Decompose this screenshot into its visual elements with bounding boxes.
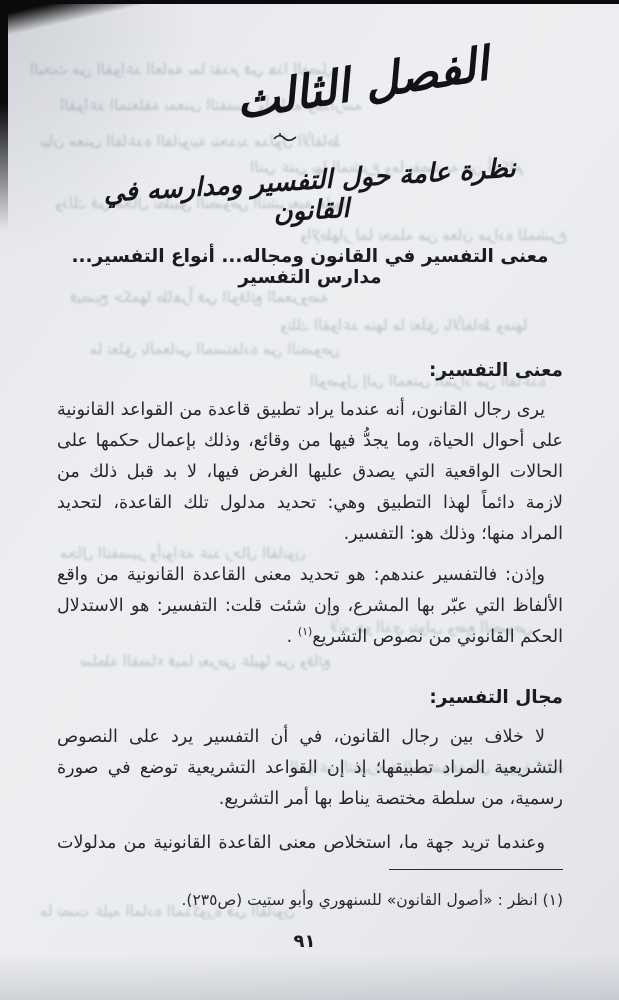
- paragraph: لا خلاف بين رجال القانون، في أن التفسير …: [57, 722, 563, 815]
- title-flourish-icon: [272, 131, 298, 143]
- book-page: البحث من القواعد العامة بما تقدم في هذا …: [0, 0, 619, 1000]
- section-heading-meaning-of-tafsir: معنى التفسير:: [57, 360, 563, 381]
- bleed-through-line: سلطة القضاء فيما يعرض عليها من وقائع: [80, 652, 331, 670]
- bleed-through-line: والإظهار لما تحمله من معان مرادة للمشرع: [300, 226, 567, 244]
- body-text: .: [287, 627, 293, 647]
- chapter-title: الفصل الثالث: [219, 34, 504, 131]
- paragraph: يرى رجال القانون، أنه عندما يراد تطبيق ق…: [57, 395, 563, 550]
- main-heading: معنى التفسير في القانون ومجاله... أنواع …: [40, 246, 580, 288]
- body-line: الحكم القانوني من نصوص التشريع(١) .: [57, 622, 563, 653]
- body-line: وإذن: فالتفسير عندهم: هو تحديد معنى القا…: [57, 560, 563, 591]
- page-number: ٩١: [0, 931, 609, 952]
- body-line: الألفاظ التي عبّر بها المشرع، وإن شئت قل…: [57, 591, 563, 622]
- body-line: على أحوال الحياة، وما يجدُّ فيها من وقائ…: [57, 426, 563, 457]
- paragraph: وعندما تريد جهة ما، استخلاص معنى القاعدة…: [57, 828, 563, 859]
- body-line: لازمة دائماً لهذا التطبيق وهي: تحديد مدل…: [57, 488, 563, 519]
- body-line: يرى رجال القانون، أنه عندما يراد تطبيق ق…: [57, 395, 563, 426]
- body-text: الحكم القانوني من نصوص التشريع: [312, 627, 563, 647]
- body-line: الحالات الواقعية التي يصدق عليها الغرض ف…: [57, 457, 563, 488]
- bleed-through-line: وتلك القواعد منها ما تعلق بالألفاظ ومنها: [280, 316, 527, 334]
- footnote: (١) انظر : «أصول القانون» للسنهوري وأبو …: [133, 887, 563, 913]
- body-line: التشريعية المراد تطبيقها؛ إذ إن القواعد …: [57, 753, 563, 784]
- footnote-divider: [389, 869, 563, 870]
- paragraph: وإذن: فالتفسير عندهم: هو تحديد معنى القا…: [57, 560, 563, 653]
- bleed-through-line: ما تعلق بالمعاني المستفادة من النصوص: [90, 340, 339, 358]
- body-line: المراد منها؛ وذلك هو: التفسير.: [57, 519, 563, 550]
- page-bottom-shadow: [0, 954, 619, 1000]
- body-line: رسمية، من سلطة مختصة يناط بها أمر التشري…: [57, 784, 563, 815]
- photo-edge-corner: [0, 0, 150, 34]
- body-line: وعندما تريد جهة ما، استخلاص معنى القاعدة…: [57, 828, 563, 859]
- photo-edge-left: [0, 0, 8, 230]
- bleed-through-line: فيصبح حكمها ظاهراً في الوقائع المعروضة: [70, 288, 328, 306]
- footnote-marker: (١): [298, 625, 313, 638]
- body-line: لا خلاف بين رجال القانون، في أن التفسير …: [57, 722, 563, 753]
- section-heading-scope-of-tafsir: مجال التفسير:: [57, 687, 563, 708]
